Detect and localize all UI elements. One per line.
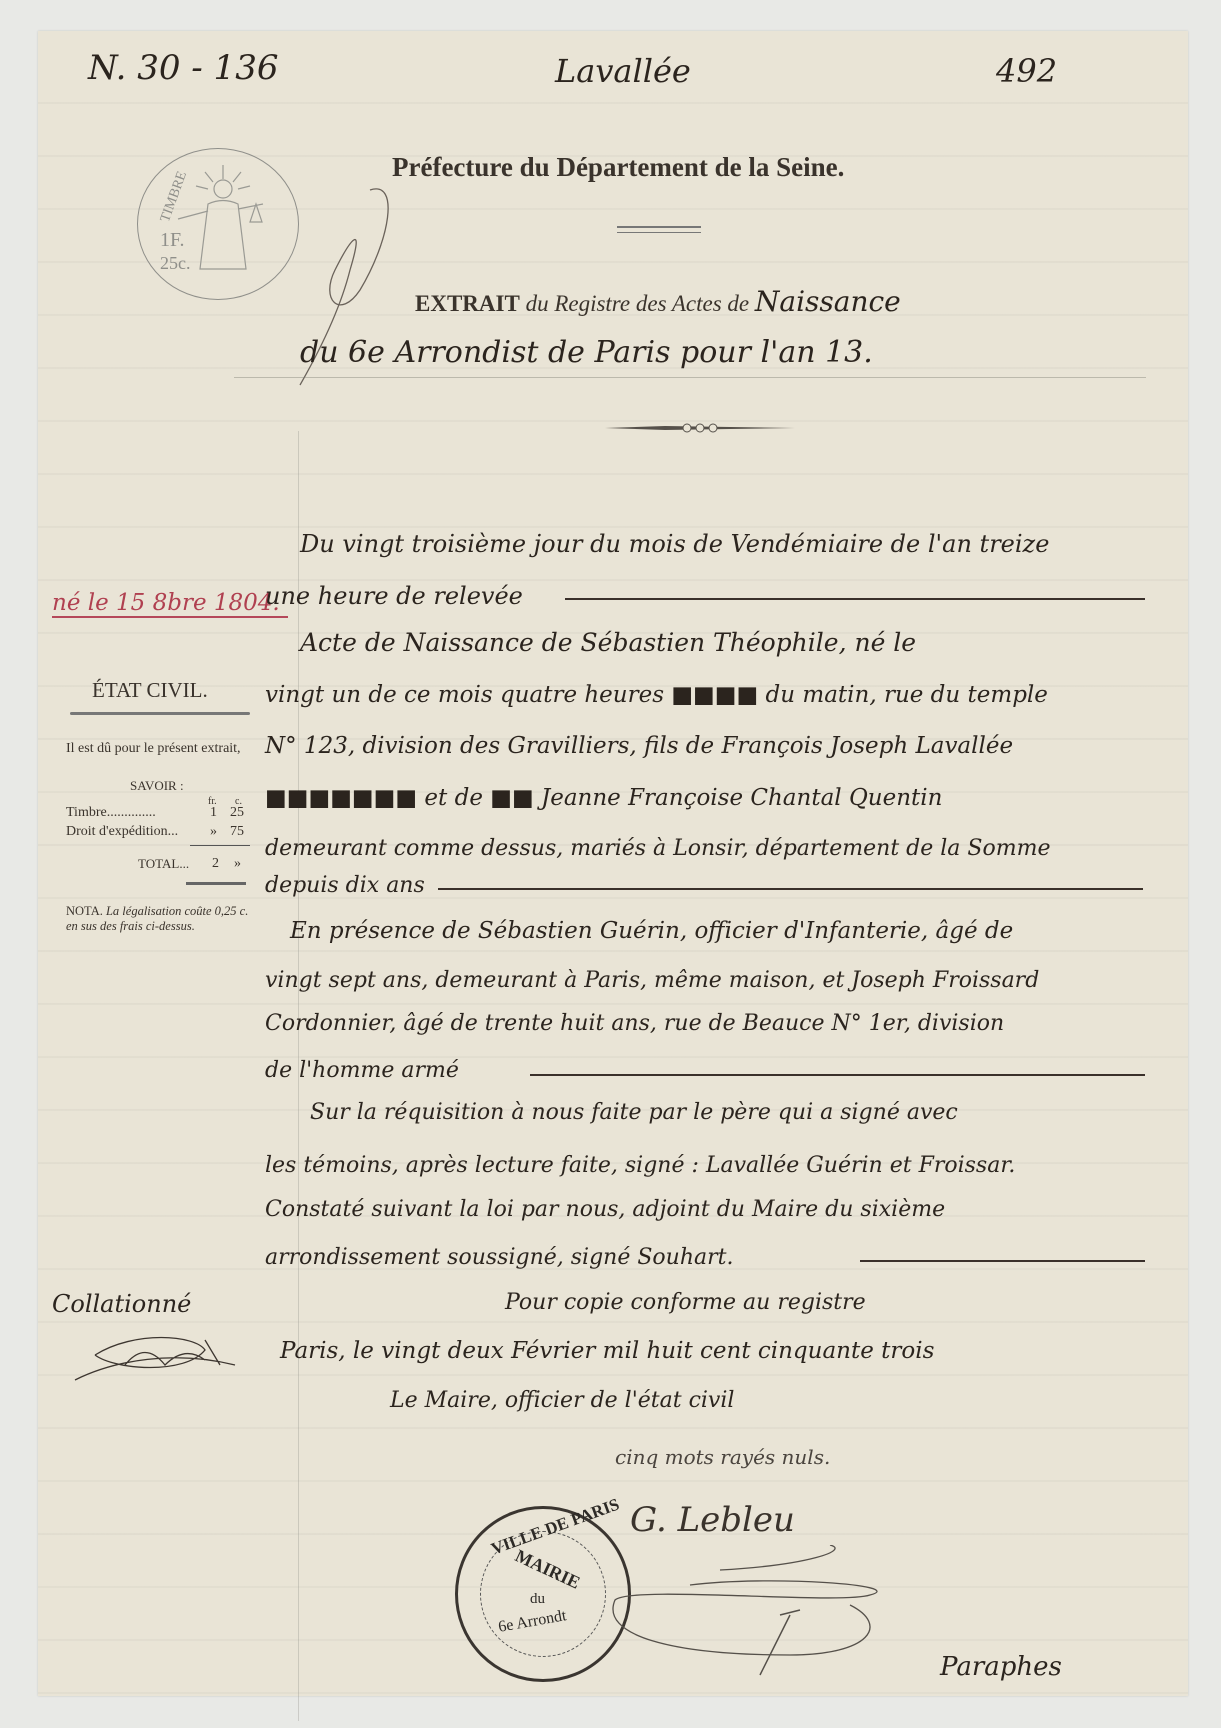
extrait-heading: EXTRAIT du Registre des Actes de Naissan… (415, 285, 901, 318)
birth-date-note: né le 15 8bre 1804. (52, 590, 288, 618)
surname-header: Lavallée (555, 52, 691, 90)
fill-line (860, 1260, 1145, 1262)
body-line-11: Cordonnier, âgé de trente huit ans, rue … (265, 1011, 1004, 1036)
ornament-divider-icon (605, 420, 795, 436)
arrondissement-line: du 6e Arrondist de Paris pour l'an 13. (300, 335, 873, 370)
total-label: TOTAL... (138, 856, 189, 872)
fee-c: 25 (230, 805, 244, 821)
fee-intro: Il est dû pour le présent extrait, (66, 740, 250, 758)
divider (186, 882, 246, 885)
body-line-3: Acte de Naissance de Sébastien Théophile… (300, 628, 916, 657)
ruled-line (234, 377, 1146, 378)
body-line-1: Du vingt troisième jour du mois de Vendé… (300, 530, 1049, 558)
fee-fr: 1 (210, 805, 217, 821)
fee-row: Timbre.............. (66, 805, 156, 821)
fee-c: 75 (230, 824, 244, 840)
nota: NOTA. La légalisation coûte 0,25 c. en s… (66, 904, 256, 934)
body-line-14: les témoins, après lecture faite, signé … (265, 1153, 1015, 1178)
prefecture-title: Préfecture du Département de la Seine. (392, 152, 844, 183)
body-line-10: vingt sept ans, demeurant à Paris, même … (265, 968, 1039, 993)
total-c: » (234, 856, 241, 872)
collationne-note: Collationné (52, 1290, 191, 1318)
fill-line (565, 598, 1145, 600)
body-line-20: cinq mots rayés nuls. (615, 1445, 830, 1469)
reference-number: N. 30 - 136 (88, 48, 278, 88)
body-line-19: Le Maire, officier de l'état civil (390, 1388, 734, 1413)
paraphes-label: Paraphes (940, 1652, 1062, 1682)
body-line-7: demeurant comme dessus, mariés à Lonsir,… (265, 836, 1050, 861)
body-line-4: vingt un de ce mois quatre heures ■■■■ d… (265, 682, 1048, 708)
fill-line (530, 1074, 1145, 1076)
fill-line (438, 888, 1143, 890)
divider (190, 845, 250, 846)
extrait-rest: du Registre des Actes de (526, 291, 750, 316)
liberty-figure-icon (138, 149, 298, 299)
act-type: Naissance (755, 285, 901, 318)
collation-signature-icon (55, 1320, 255, 1395)
savoir-label: SAVOIR : (130, 778, 184, 794)
body-line-15: Constaté suivant la loi par nous, adjoin… (265, 1197, 945, 1222)
fee-label: Droit d'expédition... (66, 824, 178, 840)
body-line-9: En présence de Sébastien Guérin, officie… (290, 918, 1013, 944)
etat-civil-heading: ÉTAT CIVIL. (92, 678, 208, 703)
mayor-signature: G. Lebleu (630, 1500, 795, 1540)
page-number: 492 (996, 52, 1057, 90)
divider (70, 712, 250, 715)
divider (617, 232, 701, 233)
nota-label: NOTA. (66, 904, 103, 918)
body-line-8: depuis dix ans (265, 873, 425, 898)
body-line-16: arrondissement soussigné, signé Souhart. (265, 1245, 733, 1270)
divider (617, 226, 701, 228)
signature-flourish-icon (610, 1545, 930, 1685)
body-line-5: N° 123, division des Gravilliers, fils d… (265, 733, 1013, 759)
body-line-13: Sur la réquisition à nous faite par le p… (310, 1100, 958, 1125)
stamp-center-2: du (530, 1591, 545, 1608)
body-line-18: Paris, le vingt deux Février mil huit ce… (280, 1338, 934, 1364)
fiscal-stamp-icon: TIMBRE 1F. 25c. (137, 148, 299, 300)
total-fr: 2 (212, 856, 219, 872)
fee-label: Timbre.............. (66, 805, 156, 820)
mairie-stamp-icon: VILLE DE PARIS MAIRIE du 6e Arrondt (455, 1506, 631, 1682)
fee-fr: » (210, 824, 217, 840)
body-line-17: Pour copie conforme au registre (505, 1290, 866, 1315)
body-line-12: de l'homme armé (265, 1058, 459, 1083)
body-line-2: une heure de relevée (265, 582, 523, 610)
body-line-6: ■■■■■■■ et de ■■ Jeanne Françoise Chanta… (265, 785, 942, 811)
extrait-bold: EXTRAIT (415, 291, 520, 316)
